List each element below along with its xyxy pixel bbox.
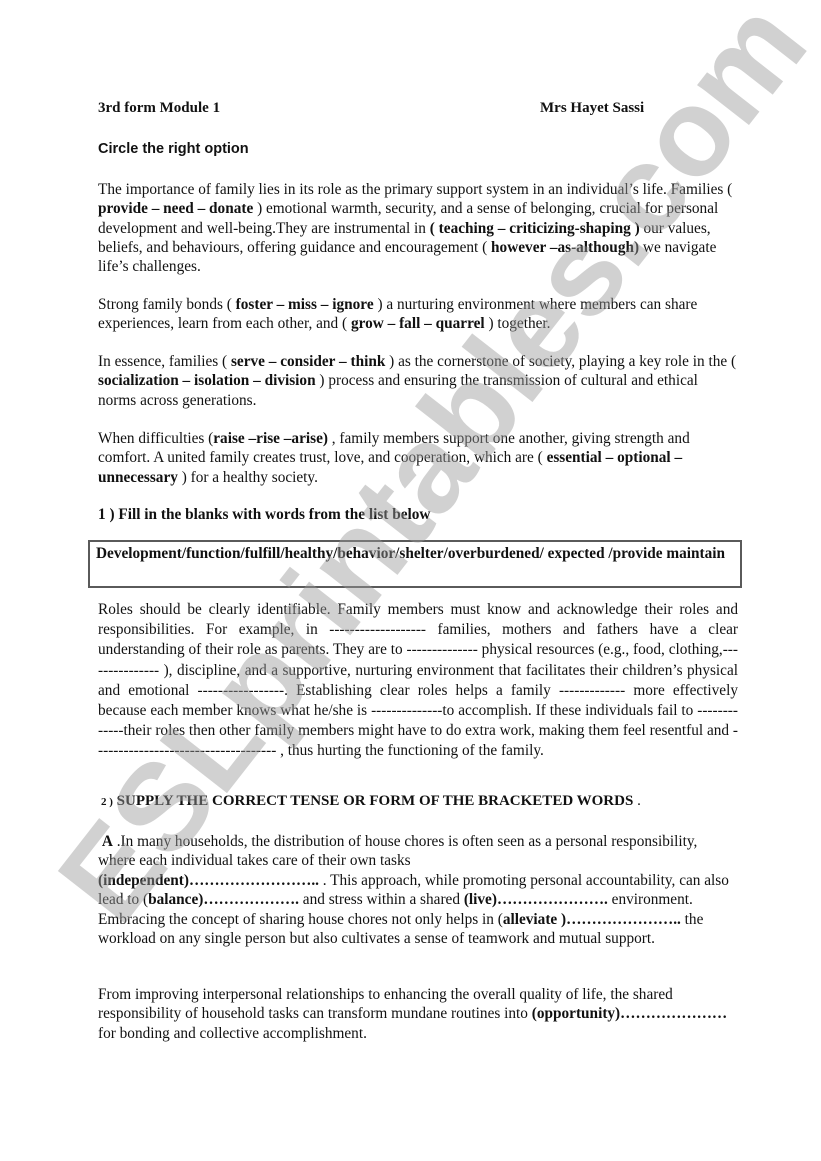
paragraph-difficulties: When difficulties (raise –rise –arise) ,… <box>98 429 738 487</box>
paragraph-family-bonds: Strong family bonds ( foster – miss – ig… <box>98 295 738 334</box>
option-group: socialization – isolation – division <box>98 372 316 389</box>
option-group: serve – consider – think <box>231 353 385 370</box>
word-list-box: Development/function/fulfill/healthy/beh… <box>88 540 742 588</box>
paragraph-essence: In essence, families ( serve – consider … <box>98 352 738 410</box>
bracketed-word: alleviate )………………….. <box>503 911 681 928</box>
bracketed-word: (opportunity)………………… <box>532 1005 727 1022</box>
teacher-name: Mrs Hayet Sassi <box>540 100 644 117</box>
fill-in-blanks-text: Roles should be clearly identifiable. Fa… <box>98 600 738 762</box>
exercise2-heading: 2 ) SUPPLY THE CORRECT TENSE OR FORM OF … <box>101 793 641 810</box>
worksheet-page: 3rd form Module 1 Mrs Hayet Sassi Circle… <box>0 0 821 1161</box>
bracketed-word: balance)………………. <box>148 891 299 908</box>
option-group: provide – need – donate <box>98 200 253 217</box>
paragraph-family-importance: The importance of family lies in its rol… <box>98 180 738 276</box>
option-group: foster – miss – ignore <box>236 296 374 313</box>
bracketed-word: (independent)…………………….. <box>98 872 319 889</box>
module-title: 3rd form Module 1 <box>98 100 220 117</box>
option-group: grow – fall – quarrel <box>351 315 485 332</box>
instruction-circle-option: Circle the right option <box>98 141 249 157</box>
exercise1-heading: 1 ) Fill in the blanks with words from t… <box>98 506 430 524</box>
paragraph-house-chores: A .In many households, the distribution … <box>98 832 738 948</box>
option-group: however –as-although) <box>491 239 639 256</box>
paragraph-shared-responsibility: From improving interpersonal relationshi… <box>98 985 738 1043</box>
bracketed-word: (live)…………………. <box>464 891 608 908</box>
option-group: ( teaching – criticizing-shaping ) <box>430 220 640 237</box>
word-list: Development/function/fulfill/healthy/beh… <box>96 544 734 564</box>
option-group: raise –rise –arise) <box>213 430 328 447</box>
paragraph-label: A <box>102 833 113 850</box>
